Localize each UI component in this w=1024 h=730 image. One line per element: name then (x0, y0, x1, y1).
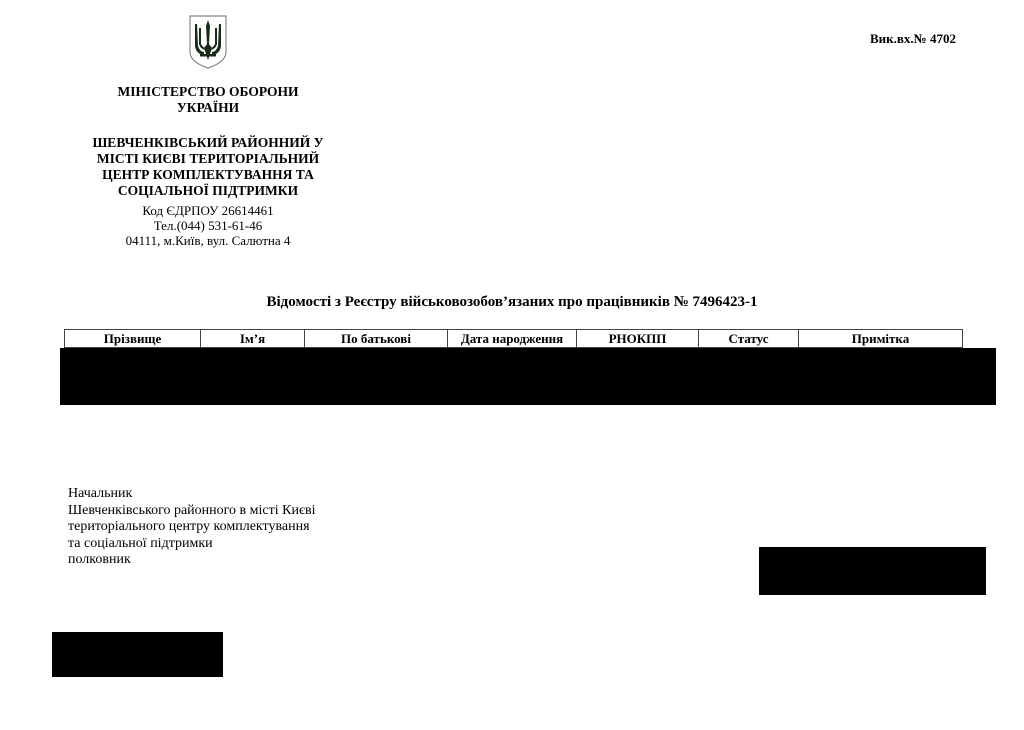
document-title: Відомості з Реєстру військовозобов’язани… (0, 294, 1024, 311)
signature-line: полковник (68, 552, 315, 569)
phone: Тел.(044) 531-61-46 (60, 218, 356, 233)
column-header-birthdate: Дата народження (448, 330, 577, 348)
signature-line: Шевченківського районного в місті Києві (68, 503, 315, 520)
contacts: Код ЄДРПОУ 26614461 Тел.(044) 531-61-46 … (60, 203, 356, 248)
center-name: ШЕВЧЕНКІВСЬКИЙ РАЙОННИЙ У МІСТІ КИЄВІ ТЕ… (60, 135, 356, 199)
center-line: МІСТІ КИЄВІ ТЕРИТОРІАЛЬНИЙ (60, 151, 356, 167)
signature-block: Начальник Шевченківського районного в мі… (68, 486, 315, 569)
redacted-signatory-name (759, 547, 986, 595)
column-header-patronymic: По батькові (305, 330, 448, 348)
column-header-name: Ім’я (201, 330, 305, 348)
column-header-status: Статус (699, 330, 799, 348)
center-line: ШЕВЧЕНКІВСЬКИЙ РАЙОННИЙ У (60, 135, 356, 151)
ministry-name: МІНІСТЕРСТВО ОБОРОНИ УКРАЇНИ (60, 84, 356, 116)
signature-line: та соціальної підтримки (68, 536, 315, 553)
center-line: СОЦІАЛЬНОЇ ПІДТРИМКИ (60, 183, 356, 199)
column-header-note: Примітка (799, 330, 963, 348)
outgoing-number: Вик.вх.№ 4702 (800, 31, 956, 47)
signature-line: Начальник (68, 486, 315, 503)
ukraine-coat-of-arms-icon (188, 14, 228, 70)
redacted-executor (52, 632, 223, 677)
center-line: ЦЕНТР КОМПЛЕКТУВАННЯ ТА (60, 167, 356, 183)
redacted-table-rows (60, 348, 996, 405)
edrpou-code: Код ЄДРПОУ 26614461 (60, 203, 356, 218)
address: 04111, м.Київ, вул. Салютна 4 (60, 233, 356, 248)
ministry-line: УКРАЇНИ (60, 100, 356, 116)
signature-line: територіального центру комплектування (68, 519, 315, 536)
registry-table: Прізвище Ім’я По батькові Дата народженн… (64, 329, 963, 348)
column-header-surname: Прізвище (65, 330, 201, 348)
ministry-line: МІНІСТЕРСТВО ОБОРОНИ (60, 84, 356, 100)
column-header-tax-id: РНОКПП (577, 330, 699, 348)
table-header-row: Прізвище Ім’я По батькові Дата народженн… (65, 330, 963, 348)
